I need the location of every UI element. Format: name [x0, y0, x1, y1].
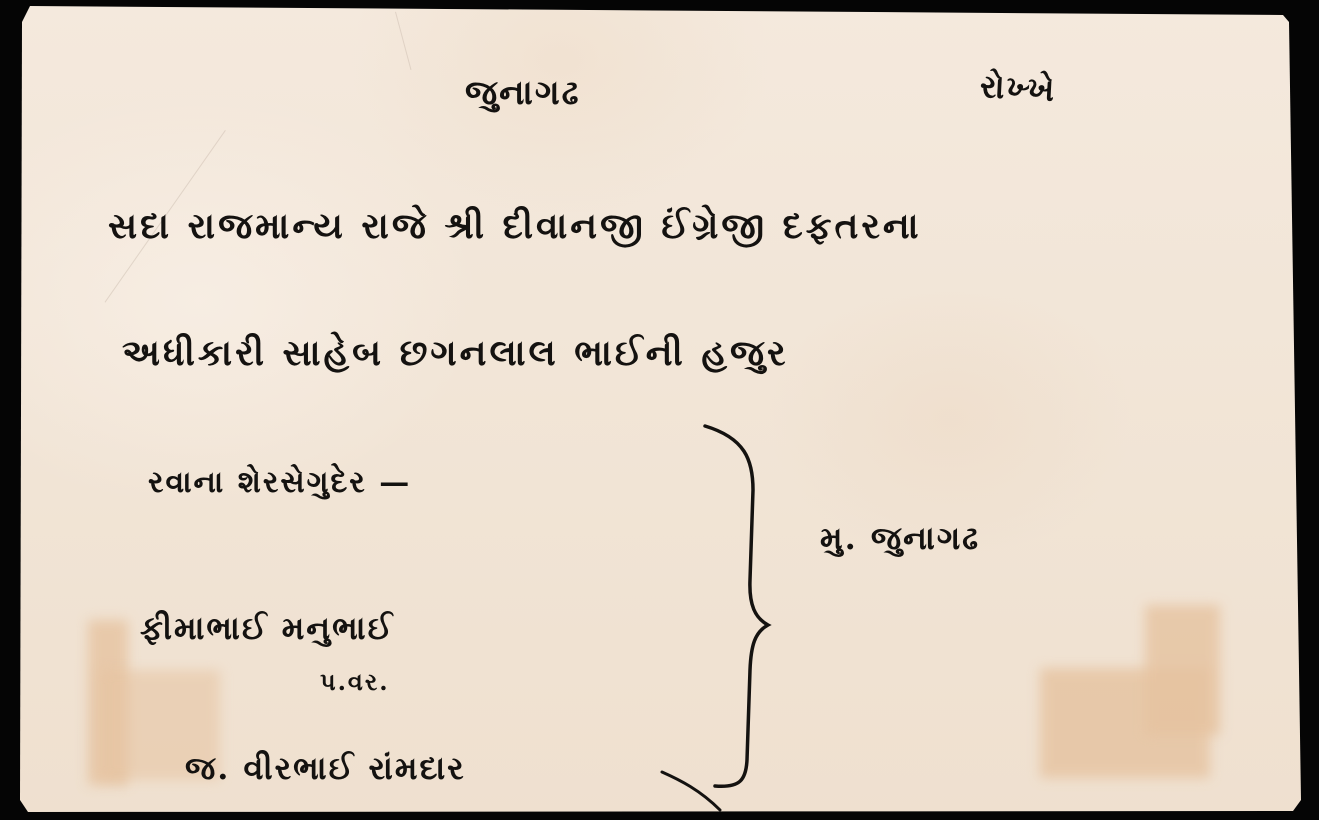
header-corner-note: રોખ્ખે [979, 70, 1057, 106]
envelope: જુનાગઢ રોખ્ખે સદા રાજમાન્ય રાજે શ્રી દીવ… [0, 0, 1319, 820]
dispatch-line: રવાના શેરસેગુદેર — [148, 468, 411, 498]
sender-line-3: જ. વીરભાઈ રાંમદાર [185, 752, 466, 784]
sender-line-2: પ.વર. [320, 670, 390, 694]
address-line-1: સદા રાજમાન્ય રાજે શ્રી દીવાનજી ઈંગ્રેજી … [108, 208, 922, 244]
photo-scene: જુનાગઢ રોખ્ખે સદા રાજમાન્ય રાજે શ્રી દીવ… [0, 0, 1319, 820]
header-city: જુનાગઢ [465, 76, 581, 110]
destination-line: મુ. જુનાગઢ [820, 522, 980, 554]
water-stain-right-upper [1145, 605, 1220, 735]
address-line-2: અધીકારી સાહેબ છગનલાલ ભાઈની હજુર [122, 335, 789, 371]
paper-crease [395, 12, 411, 70]
pen-flourish [660, 770, 730, 815]
sender-line-1: ફીમાભાઈ મનુભાઈ [140, 612, 394, 644]
curly-brace-mark [695, 420, 785, 800]
